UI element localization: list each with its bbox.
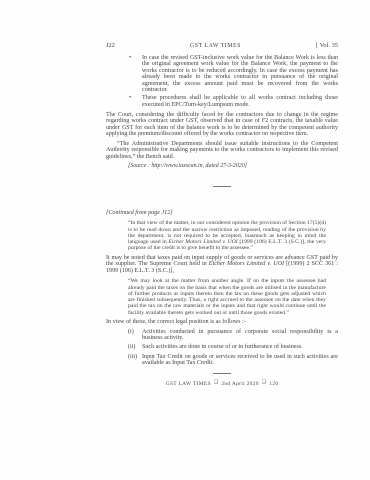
section-divider	[213, 186, 231, 187]
footer-journal-title: GST LAW TIMES	[166, 381, 211, 387]
box-icon: ❑	[262, 380, 266, 386]
bullet-text: In case the revised GST-inclusive work v…	[142, 55, 338, 93]
list-item: (i) Activities conducted in pursuance of…	[106, 329, 338, 342]
point-text: Input Tax Credit on goods or services re…	[142, 354, 338, 366]
footer-page-number: 120	[269, 381, 278, 387]
list-item: (ii) Such activities are done in course …	[106, 344, 338, 350]
paragraph-court-observation: The Court, considering the difficulty fa…	[106, 112, 338, 138]
header-journal-title: GST LAW TIMES	[190, 43, 241, 50]
bullet-icon: •	[129, 95, 131, 101]
page-header: J22 GST LAW TIMES [ Vol. 35	[106, 42, 338, 50]
journal-page: J22 GST LAW TIMES [ Vol. 35 • In case th…	[0, 0, 370, 480]
quote-block-eicher-motors: “We may look at the matter from another …	[128, 278, 326, 316]
list-item: • In case the revised GST-inclusive work…	[106, 55, 338, 93]
point-number: (iii)	[128, 354, 137, 360]
page-content: J22 GST LAW TIMES [ Vol. 35 • In case th…	[106, 42, 338, 387]
quote-block-section-17: “In that view of the matter, in our cons…	[128, 220, 326, 251]
point-number: (i)	[128, 329, 134, 335]
bullet-text: These procedures shall be applicable to …	[142, 95, 338, 107]
box-icon: ❑	[214, 380, 218, 386]
legal-points-list: (i) Activities conducted in pursuance of…	[106, 329, 338, 367]
header-page-ref: J22	[106, 42, 115, 49]
continued-from-note: [Continued from page J12]	[106, 210, 338, 216]
source-line: [Source : http://www.taxscan.in, dated 2…	[128, 163, 338, 169]
list-item: (iii) Input Tax Credit on goods or servi…	[106, 354, 338, 367]
footer-divider	[213, 373, 231, 374]
page-footer: GST LAW TIMES ❑ 2nd April 2020 ❑ 120	[106, 381, 338, 387]
point-text: Activities conducted in pursuance of cor…	[142, 329, 338, 341]
paragraph-it-may-be-noted: It may be noted that taxes paid on input…	[106, 255, 338, 274]
bullet-list: • In case the revised GST-inclusive work…	[106, 55, 338, 108]
bullet-icon: •	[129, 55, 131, 61]
list-item: • These procedures shall be applicable t…	[106, 95, 338, 108]
header-volume: [ Vol. 35	[316, 42, 338, 49]
footer-date: 2nd April 2020	[221, 381, 259, 387]
point-number: (ii)	[128, 344, 135, 350]
point-text: Such activities are done in course of or…	[142, 344, 303, 350]
paragraph-admin-instruction: “The Administrative Departments should i…	[106, 141, 338, 160]
legal-position-intro: In view of these, the correct legal posi…	[106, 319, 338, 325]
case-citation: Eicher Motors Limited v. UOI	[209, 261, 284, 267]
